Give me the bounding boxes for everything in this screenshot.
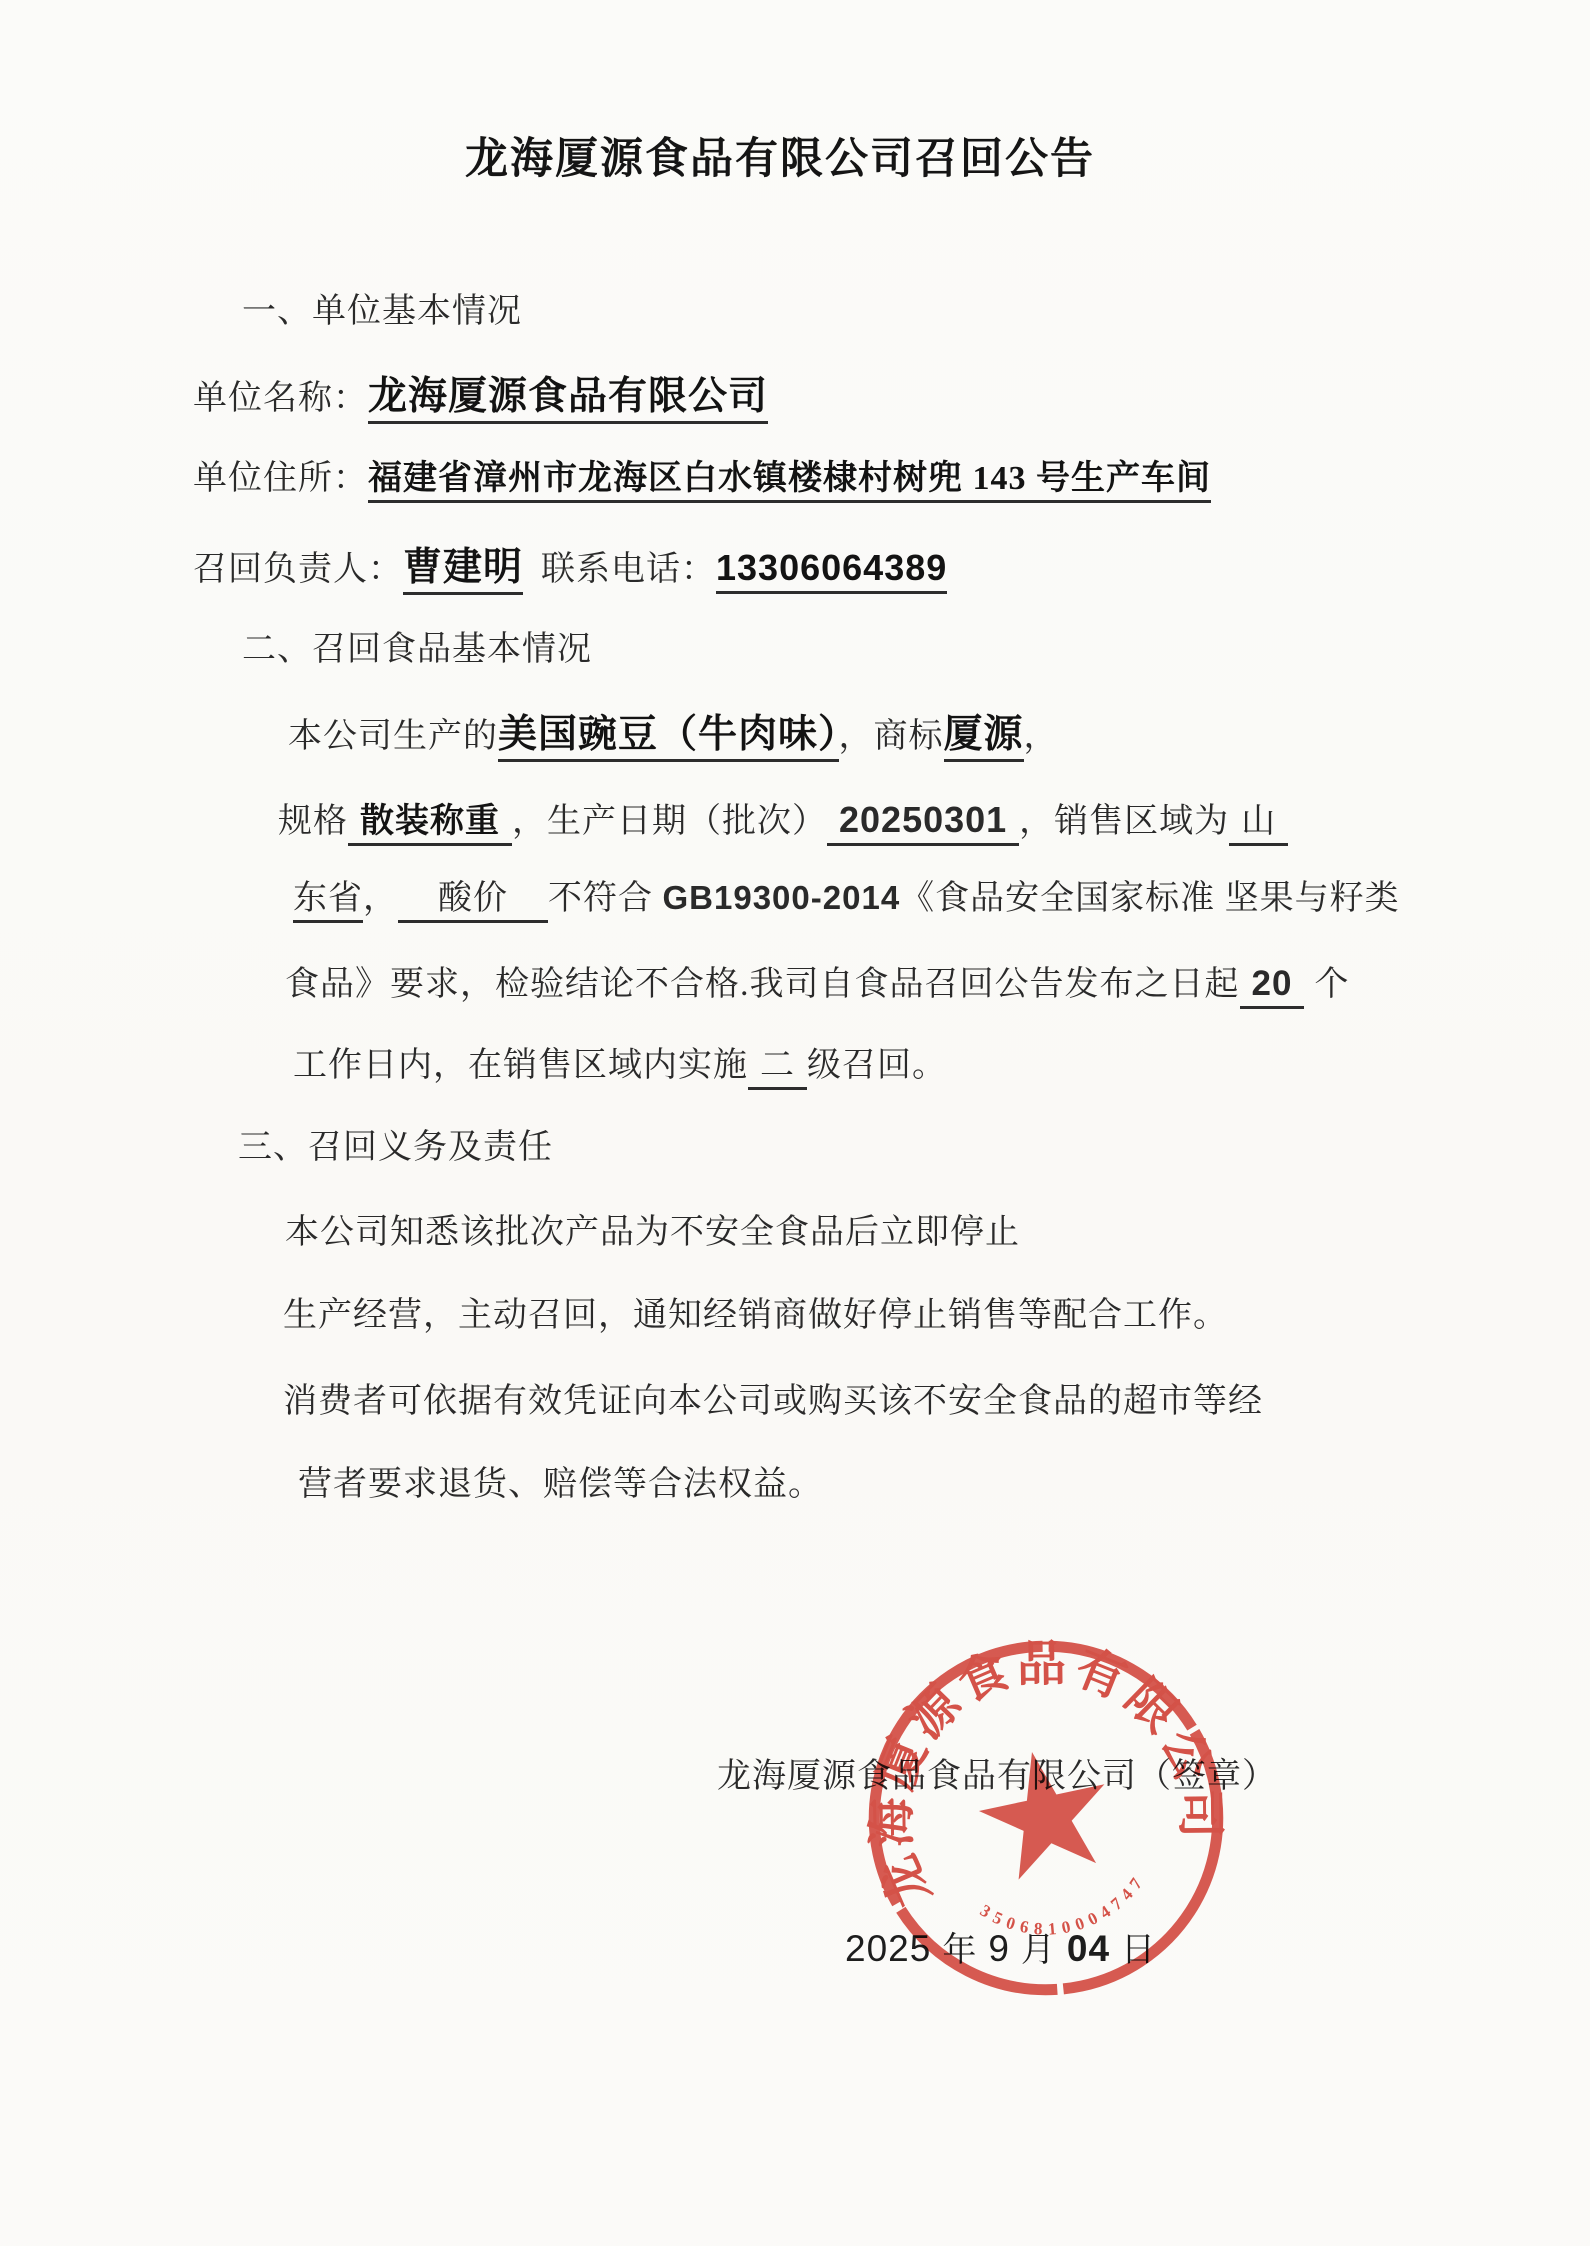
product-line-suffix: ，: [1024, 718, 1059, 755]
company-seal: 龙海厦源食品有限公司 3506810004747: [828, 1600, 1264, 2036]
recall-manager-line: 召回负责人：曹建明联系电话：13306064389: [193, 545, 947, 592]
phone-value: 13306064389: [716, 547, 947, 594]
working-days-value: 20: [1240, 964, 1305, 1009]
batch-value: 20250301: [827, 799, 1019, 846]
seal-number-text: 3506810004747: [974, 1867, 1157, 1954]
section3-heading: 三、召回义务及责任: [238, 1128, 553, 1169]
company-seal-graphic: 龙海厦源食品有限公司 3506810004747: [828, 1600, 1264, 2036]
days-unit: 个: [1314, 966, 1349, 1003]
failed-item-value: 酸价: [398, 880, 548, 923]
company-address-label: 单位住所：: [193, 460, 368, 497]
company-name-label: 单位名称：: [193, 380, 368, 417]
region-value-part1: 山: [1229, 803, 1288, 846]
region-label: ，销售区域为: [1019, 803, 1229, 840]
company-address-line: 单位住所：福建省漳州市龙海区白水镇楼棣村树兜 143 号生产车间: [193, 459, 1211, 500]
recall-level-prefix: 工作日内，在销售区域内实施: [293, 1047, 748, 1084]
company-address-value: 福建省漳州市龙海区白水镇楼棣村树兜 143 号生产车间: [368, 460, 1211, 503]
product-line-prefix: 本公司生产的: [288, 718, 498, 755]
recall-level-suffix: 级召回。: [807, 1047, 947, 1084]
phone-label: 联系电话：: [541, 551, 716, 588]
region-item-line: 东省，酸价不符合 GB19300-2014《食品安全国家标准 坚果与籽类: [293, 878, 1400, 920]
obligation-paragraph-3: 消费者可依据有效凭证向本公司或购买该不安全食品的超市等经: [283, 1382, 1263, 1423]
conclusion-text: 食品》要求，检验结论不合格.我司自食品召回公告发布之日起: [285, 966, 1240, 1003]
region-value-part2: 东省: [293, 880, 363, 923]
obligation-paragraph-1: 本公司知悉该批次产品为不安全食品后立即停止: [285, 1213, 1020, 1254]
recall-manager-label: 召回负责人：: [193, 551, 403, 588]
recall-manager-value: 曹建明: [403, 546, 523, 595]
conclusion-line: 食品》要求，检验结论不合格.我司自食品召回公告发布之日起20个: [285, 963, 1349, 1006]
section1-heading: 一、单位基本情况: [242, 292, 522, 333]
obligation-paragraph-4: 营者要求退货、赔偿等合法权益。: [298, 1465, 823, 1506]
brand-label: ，商标: [839, 718, 944, 755]
obligation-paragraph-2: 生产经营，主动召回，通知经销商做好停止销售等配合工作。: [283, 1296, 1228, 1337]
seal-star-icon: [969, 1739, 1120, 1885]
recall-announcement-document: 龙海厦源食品有限公司召回公告 一、单位基本情况 单位名称：龙海厦源食品有限公司 …: [0, 0, 1590, 2246]
spec-value: 散装称重: [348, 803, 512, 846]
batch-label: ，生产日期（批次）: [512, 803, 827, 840]
comma: ，: [363, 880, 398, 917]
standard-code: GB19300-2014: [663, 879, 901, 916]
product-line: 本公司生产的美国豌豆（牛肉味），商标厦源，: [288, 712, 1059, 759]
standard-text-2: 《食品安全国家标准 坚果与籽类: [900, 880, 1400, 917]
recall-level-value: 二: [748, 1047, 807, 1090]
product-name-value: 美国豌豆（牛肉味）: [498, 713, 839, 762]
brand-value: 厦源: [944, 713, 1024, 762]
company-name-value: 龙海厦源食品有限公司: [368, 375, 768, 424]
spec-label: 规格: [278, 803, 348, 840]
spec-batch-line: 规格散装称重，生产日期（批次）20250301，销售区域为山: [278, 798, 1288, 843]
section2-heading: 二、召回食品基本情况: [242, 630, 592, 671]
company-name-line: 单位名称：龙海厦源食品有限公司: [193, 374, 768, 421]
standard-text-1: 不符合: [548, 880, 663, 917]
recall-level-line: 工作日内，在销售区域内实施二级召回。: [293, 1046, 947, 1087]
document-title: 龙海厦源食品有限公司召回公告: [0, 134, 1560, 186]
